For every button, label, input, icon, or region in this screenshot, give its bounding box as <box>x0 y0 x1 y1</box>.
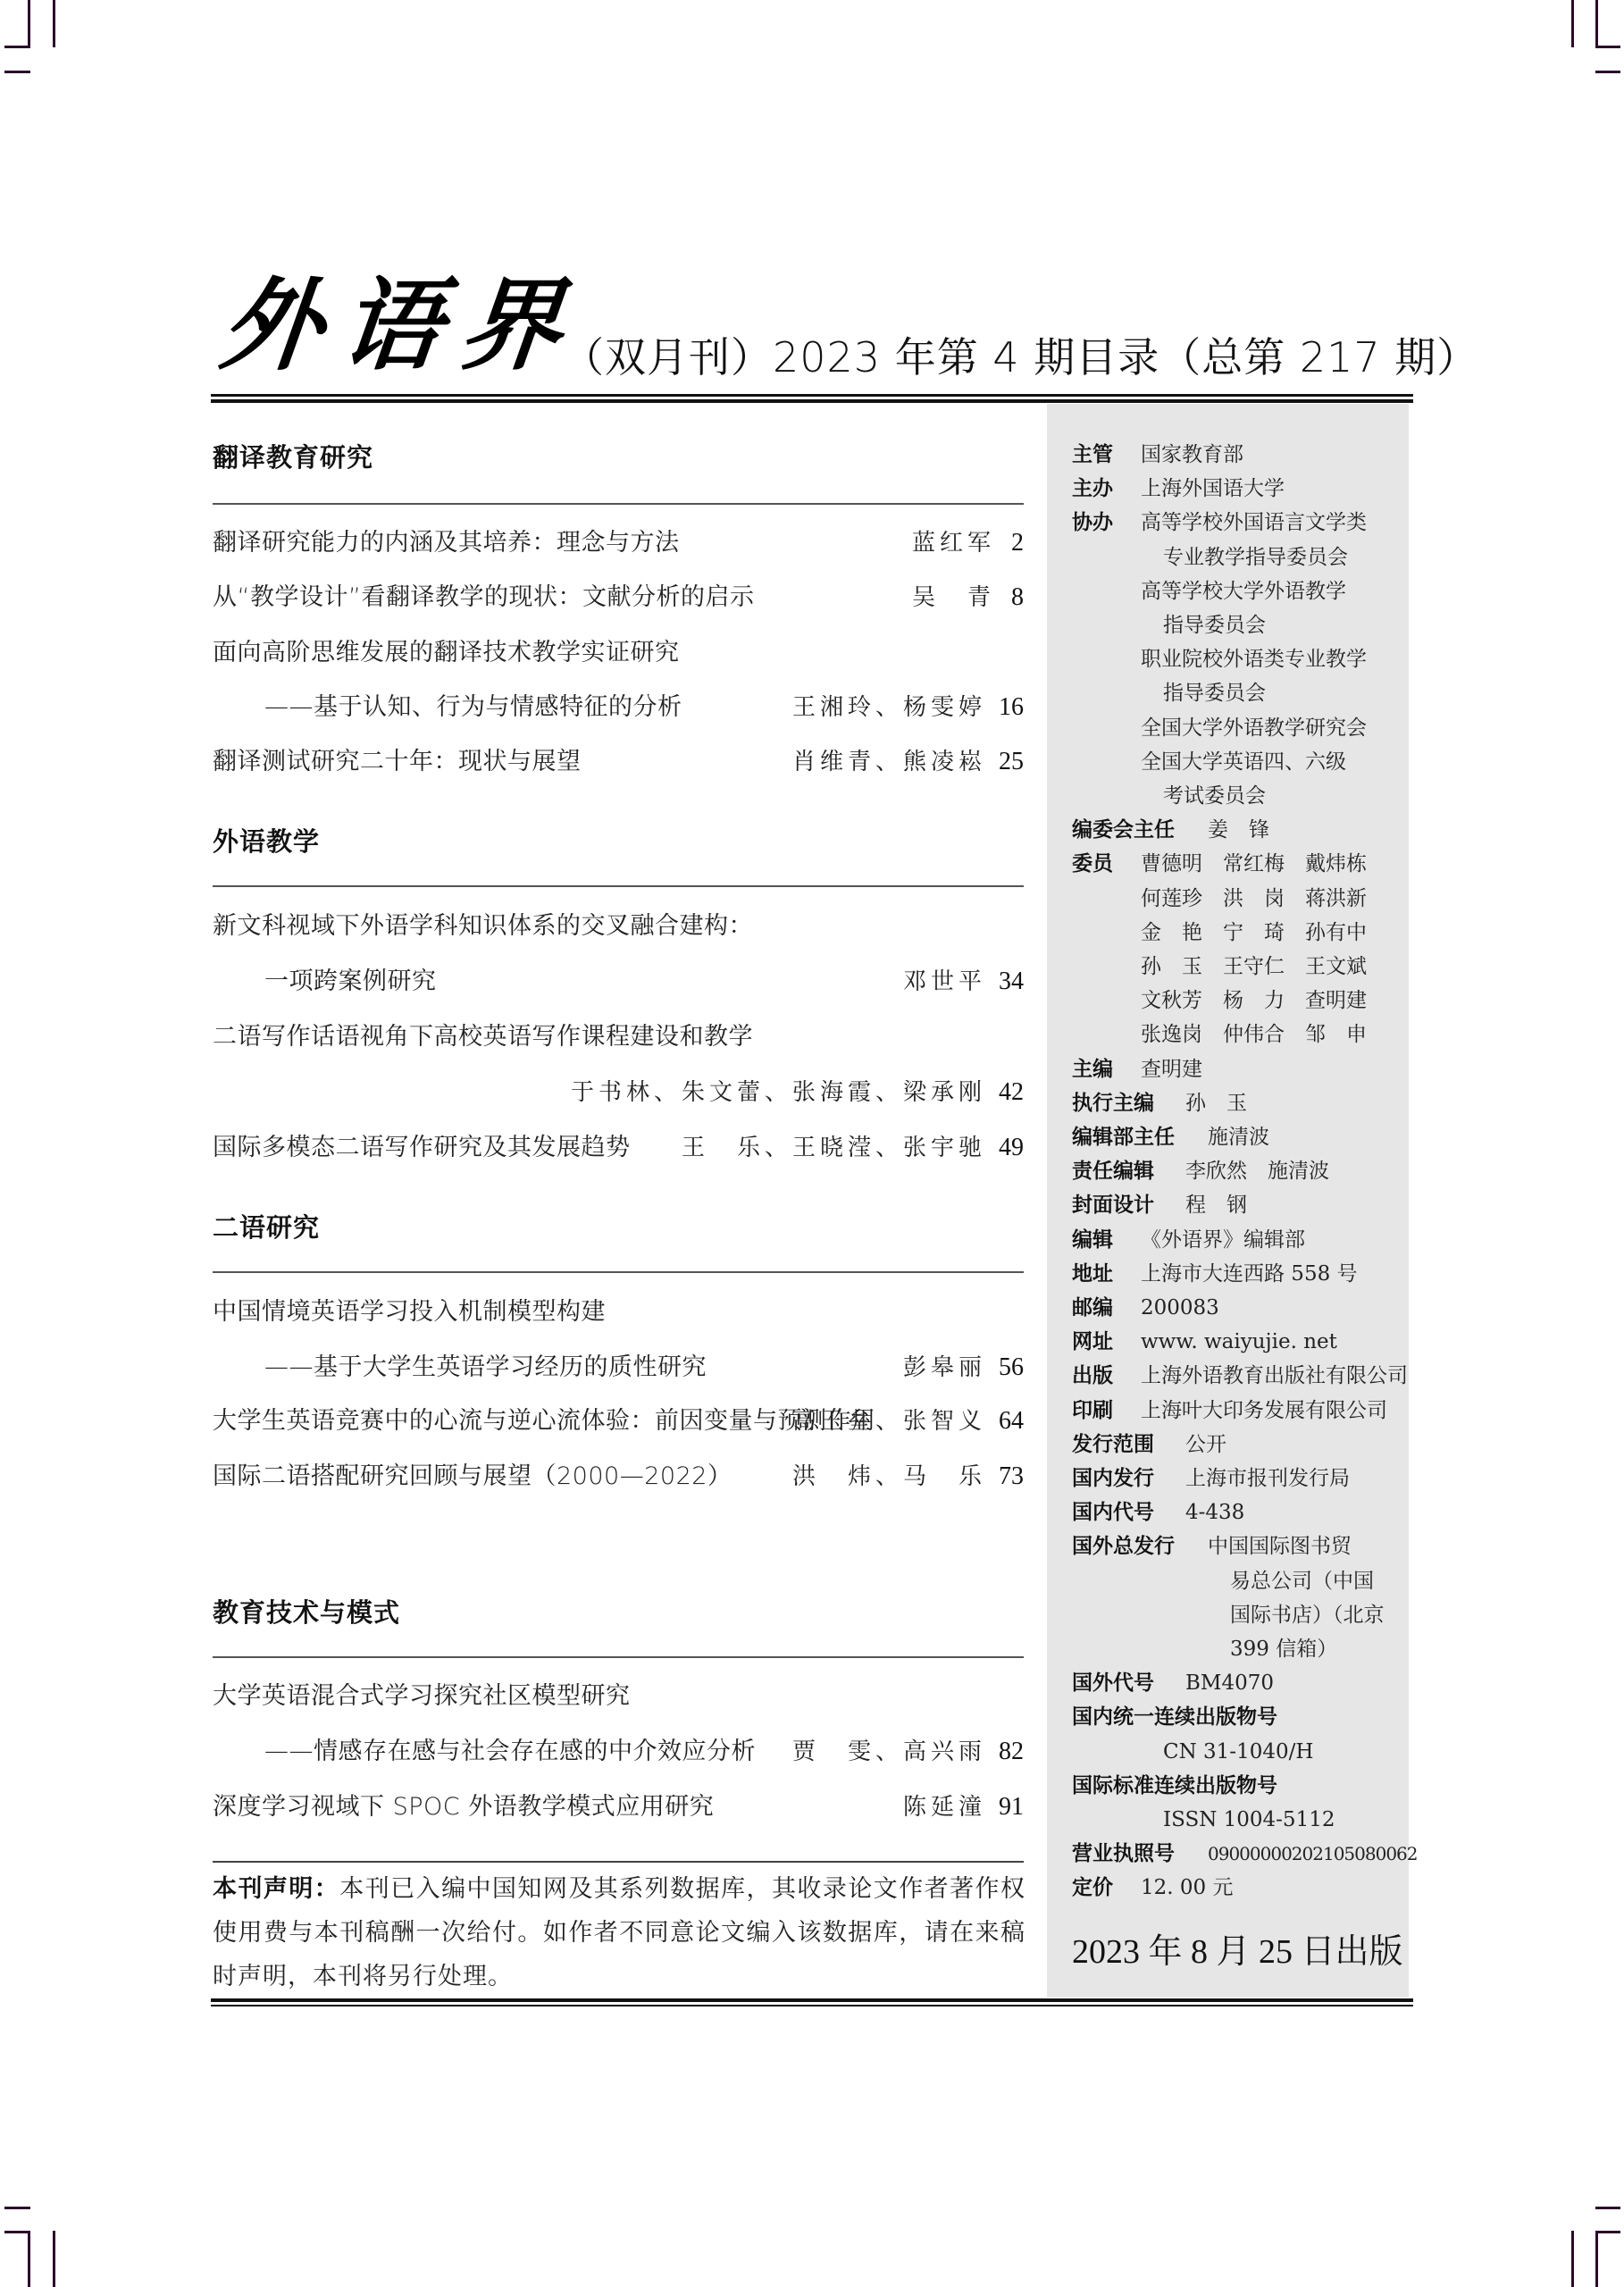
article-title: 一项跨案例研究 <box>264 964 437 1000</box>
colophon-value: 职业院校外语类专业教学 <box>1141 642 1367 676</box>
article-title: 国际多模态二语写作研究及其发展趋势 <box>213 1130 631 1166</box>
article-byline: 洪 炜、马 乐73 <box>792 1459 1024 1495</box>
colophon-value: 上海市大连西路 558 号 <box>1141 1257 1358 1291</box>
article-title: 二语写作话语视角下高校英语写作课程建设和教学 <box>213 1019 753 1055</box>
article-authors: 王湘玲、杨雯婷 <box>792 690 986 725</box>
colophon-label: 营业执照号 <box>1072 1837 1175 1871</box>
article-authors: 陈延潼 <box>903 1789 986 1825</box>
article-title: ——基于大学生英语学习经历的质性研究 <box>264 1350 707 1386</box>
colophon-value: 全国大学英语四、六级 <box>1141 745 1346 779</box>
article-title: 深度学习视域下 SPOC 外语教学模式应用研究 <box>213 1789 714 1825</box>
colophon-label: 国外代号 <box>1072 1666 1154 1700</box>
colophon-label: 编委会主任 <box>1072 813 1175 847</box>
colophon-value: 4-438 <box>1185 1495 1244 1529</box>
toc-entry-line[interactable]: 大学英语混合式学习探究社区模型研究 <box>213 1679 1024 1714</box>
colophon-value: 上海外语教育出版社有限公司 <box>1141 1359 1408 1393</box>
article-page-number: 82 <box>999 1734 1024 1770</box>
colophon-value: 曹德明 常红梅 戴炜栋 <box>1141 847 1367 881</box>
article-title: 面向高阶思维发展的翻译技术教学实证研究 <box>213 635 680 671</box>
colophon-value: 0900000020210508006​2 <box>1208 1837 1418 1871</box>
section-rule <box>213 1271 1024 1273</box>
toc-entry-line[interactable]: 国际多模态二语写作研究及其发展趋势王 乐、王晓滢、张宇驰49 <box>213 1130 1024 1166</box>
colophon-label: 发行范围 <box>1072 1428 1154 1462</box>
article-authors: 贾 雯、高兴雨 <box>792 1734 986 1770</box>
toc-entry-line[interactable]: 面向高阶思维发展的翻译技术教学实证研究 <box>213 635 1024 671</box>
header-rule-thick <box>211 399 1413 403</box>
colophon-value: CN 31-1040/H <box>1163 1735 1313 1769</box>
article-page-number: 16 <box>999 690 1024 725</box>
colophon-label: 协办 <box>1072 506 1113 540</box>
colophon-label: 国外总发行 <box>1072 1529 1175 1563</box>
article-byline: 高玉垒、张智义64 <box>792 1403 1024 1439</box>
article-title: 翻译测试研究二十年：现状与展望 <box>213 744 582 780</box>
toc-entry-line[interactable]: 中国情境英语学习投入机制模型构建 <box>213 1294 1024 1330</box>
article-authors: 高玉垒、张智义 <box>792 1403 986 1439</box>
article-page-number: 91 <box>999 1789 1024 1825</box>
colophon-label: 主办 <box>1072 472 1113 506</box>
article-title: ——情感存在感与社会存在感的中介效应分析 <box>264 1734 756 1770</box>
toc-entry-line[interactable]: 一项跨案例研究邓世平34 <box>213 964 1024 1000</box>
toc-entry-line[interactable]: 于书林、朱文蕾、张海霞、梁承刚42 <box>213 1075 1024 1110</box>
statement-rule <box>213 1861 1024 1863</box>
section-rule <box>213 885 1024 887</box>
colophon-value: 查明建 <box>1141 1052 1202 1086</box>
toc-entry-line[interactable]: ——基于认知、行为与情感特征的分析王湘玲、杨雯婷16 <box>213 690 1024 725</box>
article-title: 大学英语混合式学习探究社区模型研究 <box>213 1679 631 1714</box>
section-rule <box>213 503 1024 505</box>
colophon-value: 高等学校外国语言文学类 <box>1141 506 1367 540</box>
colophon-value: 200083 <box>1141 1291 1219 1325</box>
article-byline: 蓝红军2 <box>912 525 1024 561</box>
article-authors: 洪 炜、马 乐 <box>792 1459 986 1495</box>
article-authors: 蓝红军 <box>912 525 995 561</box>
colophon-value: 公开 <box>1185 1428 1226 1462</box>
article-byline: 邓世平34 <box>903 964 1024 1000</box>
colophon-value: 易总公司（中国 <box>1230 1564 1374 1598</box>
colophon-label: 责任编辑 <box>1072 1154 1154 1188</box>
toc-entry-line[interactable]: 国际二语搭配研究回顾与展望（2000—2022）洪 炜、马 乐73 <box>213 1459 1024 1495</box>
colophon-label: 编辑部主任 <box>1072 1120 1175 1154</box>
colophon-value: 姜 锋 <box>1208 813 1269 847</box>
article-page-number: 64 <box>999 1403 1024 1439</box>
colophon-label: 网址 <box>1072 1325 1113 1359</box>
colophon-value: 指导委员会 <box>1163 676 1266 710</box>
publication-date: 2023 年 8 月 25 日出版 <box>1072 1930 1403 1974</box>
colophon-value: 金 艳 宁 琦 孙有中 <box>1141 916 1367 950</box>
colophon-label: 国内发行 <box>1072 1462 1154 1495</box>
colophon-value: 上海外国语大学 <box>1141 472 1285 506</box>
article-byline: 于书林、朱文蕾、张海霞、梁承刚42 <box>571 1075 1024 1110</box>
colophon-value: 399 信箱） <box>1230 1632 1337 1666</box>
article-title: 中国情境英语学习投入机制模型构建 <box>213 1294 606 1330</box>
colophon-value: 孙 玉 王守仁 王文斌 <box>1141 950 1367 984</box>
colophon-value: 张逸岗 仲伟合 邹 申 <box>1141 1018 1367 1051</box>
colophon-value: 考试委员会 <box>1163 779 1266 813</box>
colophon-label: 出版 <box>1072 1359 1113 1393</box>
colophon-value: 专业教学指导委员会 <box>1163 540 1348 574</box>
issue-subtitle: （双月刊）2023 年第 4 期目录（总第 217 期） <box>563 331 1478 384</box>
colophon-value: 国家教育部 <box>1141 438 1243 472</box>
article-page-number: 34 <box>999 964 1024 1000</box>
colophon-value: ISSN 1004-5112 <box>1163 1803 1335 1837</box>
colophon-label: 封面设计 <box>1072 1188 1154 1222</box>
toc-entry-line[interactable]: 从“教学设计”看翻译教学的现状：文献分析的启示吴 青8 <box>213 580 1024 616</box>
colophon-value: 上海叶大印务发展有限公司 <box>1141 1394 1387 1428</box>
article-byline: 王 乐、王晓滢、张宇驰49 <box>682 1130 1024 1166</box>
colophon-label: 定价 <box>1072 1871 1113 1905</box>
article-authors: 肖维青、熊凌崧 <box>792 744 986 780</box>
section-title: 教育技术与模式 <box>213 1596 400 1629</box>
colophon-value: 《外语界》编辑部 <box>1141 1223 1305 1257</box>
article-page-number: 25 <box>999 744 1024 780</box>
toc-entry-line[interactable]: 大学生英语竞赛中的心流与逆心流体验：前因变量与预测作用高玉垒、张智义64 <box>213 1403 1024 1439</box>
toc-entry-line[interactable]: 翻译研究能力的内涵及其培养：理念与方法蓝红军2 <box>213 525 1024 561</box>
colophon-label: 委员 <box>1072 847 1113 881</box>
colophon-label: 主编 <box>1072 1052 1113 1086</box>
article-authors: 于书林、朱文蕾、张海霞、梁承刚 <box>571 1075 986 1110</box>
colophon-label: 编辑 <box>1072 1223 1113 1257</box>
colophon-label: 主管 <box>1072 438 1113 472</box>
footer-rule-thin <box>211 2005 1413 2006</box>
article-byline: 王湘玲、杨雯婷16 <box>792 690 1024 725</box>
article-authors: 彭皋丽 <box>903 1350 986 1386</box>
toc-entry-line[interactable]: 新文科视域下外语学科知识体系的交叉融合建构： <box>213 909 1024 944</box>
article-page-number: 42 <box>999 1075 1024 1110</box>
colophon-value: 李欣然 施清波 <box>1185 1154 1329 1188</box>
colophon-value: 何莲珍 洪 岗 蒋洪新 <box>1141 882 1367 916</box>
colophon-label: 邮编 <box>1072 1291 1113 1325</box>
toc-entry-line[interactable]: ——情感存在感与社会存在感的中介效应分析贾 雯、高兴雨82 <box>213 1734 1024 1770</box>
colophon-value: 孙 玉 <box>1185 1086 1247 1120</box>
colophon-value: 文秋芳 杨 力 查明建 <box>1141 984 1367 1018</box>
colophon-label: 国际标准连续出版物号 <box>1072 1769 1277 1803</box>
toc-entry-line[interactable]: 深度学习视域下 SPOC 外语教学模式应用研究陈延潼91 <box>213 1789 1024 1825</box>
article-title: 新文科视域下外语学科知识体系的交叉融合建构： <box>213 909 753 944</box>
colophon-value: 高等学校大学外语教学 <box>1141 574 1346 608</box>
article-title: 国际二语搭配研究回顾与展望（2000—2022） <box>213 1459 732 1495</box>
article-byline: 肖维青、熊凌崧25 <box>792 744 1024 780</box>
article-authors: 吴 青 <box>912 580 995 616</box>
colophon-value: 程 钢 <box>1185 1188 1247 1222</box>
colophon-value: 中国国际图书贸 <box>1208 1529 1352 1563</box>
article-byline: 贾 雯、高兴雨82 <box>792 1734 1024 1770</box>
colophon-label: 执行主编 <box>1072 1086 1154 1120</box>
colophon-value: 指导委员会 <box>1163 608 1266 642</box>
article-page-number: 73 <box>999 1459 1024 1495</box>
colophon-value: 全国大学外语教学研究会 <box>1141 711 1367 745</box>
footer-rule-thick <box>211 1998 1413 2002</box>
article-page-number: 2 <box>1008 525 1024 561</box>
copyright-statement: 本刊声明：本刊已入编中国知网及其系列数据库，其收录论文作者著作权使用费与本刊稿酬… <box>213 1867 1025 1998</box>
article-page-number: 56 <box>999 1350 1024 1386</box>
colophon-label: 国内统一连续出版物号 <box>1072 1700 1277 1734</box>
colophon-label: 印刷 <box>1072 1394 1113 1428</box>
toc-entry-line[interactable]: ——基于大学生英语学习经历的质性研究彭皋丽56 <box>213 1350 1024 1386</box>
colophon-value: 国际书店）（北京 <box>1230 1598 1385 1632</box>
article-title: 从“教学设计”看翻译教学的现状：文献分析的启示 <box>213 580 754 616</box>
section-title: 二语研究 <box>213 1211 320 1244</box>
header-rule-thin <box>211 394 1413 397</box>
article-title: ——基于认知、行为与情感特征的分析 <box>264 690 682 725</box>
colophon-value: 12. 00 元 <box>1141 1871 1233 1905</box>
article-byline: 陈延潼91 <box>903 1789 1024 1825</box>
article-title: 大学生英语竞赛中的心流与逆心流体验：前因变量与预测作用 <box>213 1403 876 1439</box>
article-page-number: 49 <box>999 1130 1024 1166</box>
statement-lead: 本刊声明： <box>213 1875 339 1903</box>
article-title: 翻译研究能力的内涵及其培养：理念与方法 <box>213 525 680 561</box>
journal-name-calligraphy: 外语界 <box>215 268 587 384</box>
colophon-value: 上海市报刊发行局 <box>1185 1462 1350 1495</box>
toc-entry-line[interactable]: 翻译测试研究二十年：现状与展望肖维青、熊凌崧25 <box>213 744 1024 780</box>
section-title: 翻译教育研究 <box>213 441 373 473</box>
toc-entry-line[interactable]: 二语写作话语视角下高校英语写作课程建设和教学 <box>213 1019 1024 1055</box>
article-authors: 王 乐、王晓滢、张宇驰 <box>682 1130 986 1166</box>
section-rule <box>213 1656 1024 1658</box>
colophon-label: 国内代号 <box>1072 1495 1154 1529</box>
article-page-number: 8 <box>1008 580 1024 616</box>
article-authors: 邓世平 <box>903 964 986 1000</box>
colophon-value: 施清波 <box>1208 1120 1269 1154</box>
colophon-label: 地址 <box>1072 1257 1113 1291</box>
article-byline: 彭皋丽56 <box>903 1350 1024 1386</box>
colophon-value: BM4070 <box>1185 1666 1274 1700</box>
section-title: 外语教学 <box>213 825 320 858</box>
colophon-value[interactable]: www. waiyujie. net <box>1141 1325 1337 1359</box>
article-byline: 吴 青8 <box>912 580 1024 616</box>
